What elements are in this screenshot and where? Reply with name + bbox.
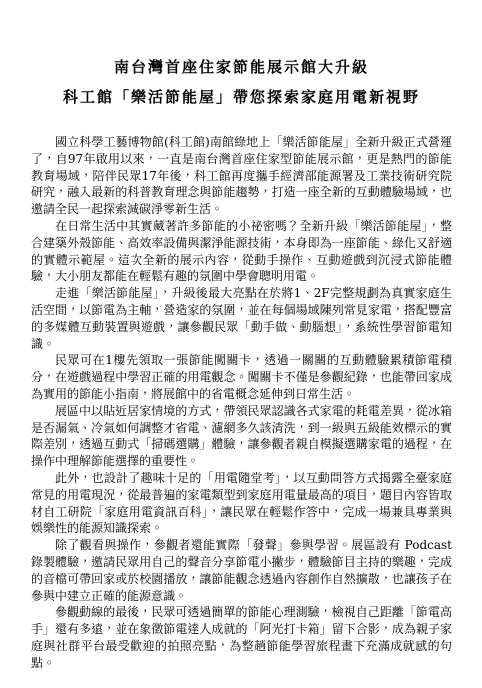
- document-title-line-1: 南台灣首座住家節能展示館大升級: [31, 52, 452, 82]
- document-title-line-2: 科工館「樂活節能屋」帶您探索家庭用電新視野: [31, 82, 452, 112]
- document-page: 南台灣首座住家節能展示館大升級 科工館「樂活節能屋」帶您探索家庭用電新視野 國立…: [0, 0, 482, 688]
- paragraph-home-scenarios: 展區中以貼近居家情境的方式，帶領民眾認識各式家電的耗電差異，從冰箱是否漏氣、冷氣…: [31, 403, 452, 470]
- paragraph-daily-life: 在日常生活中其實藏著許多節能的小祕密嗎？全新升級「樂活節能屋」，整合建築外殼節能…: [31, 218, 452, 285]
- paragraph-finale: 參觀動線的最後，民眾可透過簡單的節能心理測驗，檢視自己距離「節電高手」還有多遠，…: [31, 604, 452, 671]
- paragraph-challenge-card: 民眾可在1樓先領取一張節能闖關卡，透過一關關的互動體驗累積節電積分，在遊戲過程中…: [31, 352, 452, 402]
- paragraph-quiz: 此外，也設計了趣味十足的「用電隨堂考」，以互動問答方式揭露全臺家庭常見的用電現況…: [31, 470, 452, 537]
- document-body: 國立科學工藝博物館(科工館)南館綠地上「樂活節能屋」全新升級正式營運了，自97年…: [31, 134, 452, 672]
- paragraph-podcast: 除了觀看與操作，參觀者還能實際「發聲」參與學習。展區設有 Podcast 錄製體…: [31, 537, 452, 604]
- paragraph-highlights: 走進「樂活節能屋」，升級後最大亮點在於將1、2F完整規劃為真實家庭生活空間，以節…: [31, 285, 452, 352]
- paragraph-intro: 國立科學工藝博物館(科工館)南館綠地上「樂活節能屋」全新升級正式營運了，自97年…: [31, 134, 452, 218]
